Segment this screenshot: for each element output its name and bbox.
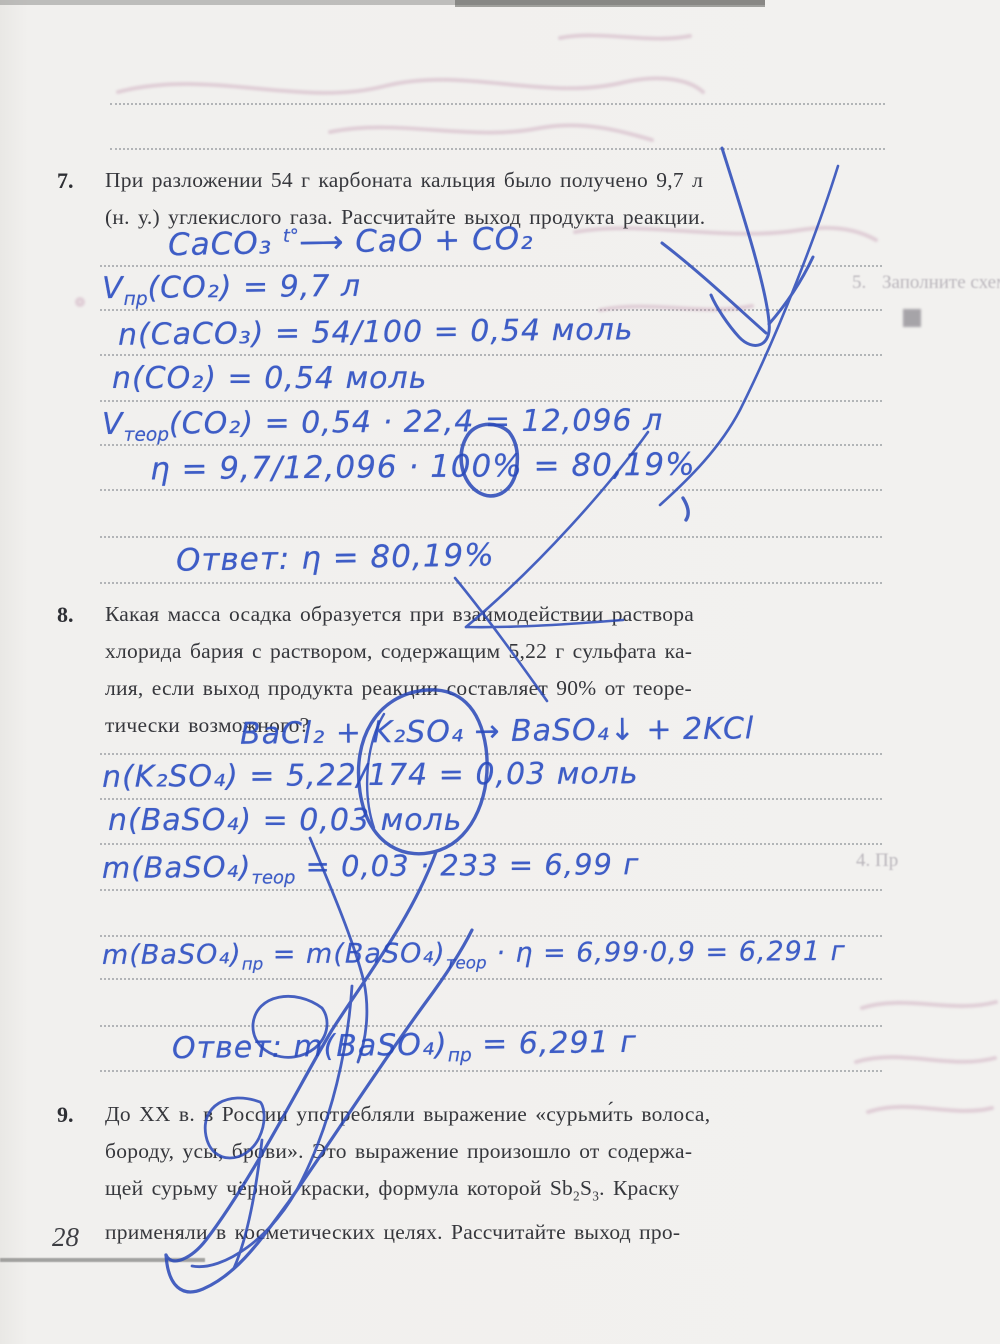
ruled-line — [100, 489, 882, 491]
problem-9-line: бороду, усы, брови». Это выражение произ… — [105, 1133, 891, 1170]
hw-line: n(BaSO₄) = 0,03 моль — [108, 803, 462, 838]
ruled-line — [100, 798, 882, 800]
workbook-page: 5. Заполните схему 6 4. Пр 7. При разлож… — [0, 0, 1000, 1344]
problem-9-line: щей сурьму чёрной краски, формула которо… — [105, 1170, 891, 1214]
ruled-line — [100, 753, 882, 755]
problem-8-line: Какая масса осадка образуется при взаимо… — [105, 596, 887, 633]
ruled-line — [100, 582, 882, 584]
ruled-line — [100, 889, 882, 891]
hw-line: m(BaSO₄)теор = 0,03 · 233 = 6,99 г — [102, 847, 640, 890]
footer-rule — [0, 1258, 205, 1262]
ruled-line — [110, 148, 885, 150]
hw-equation-8: BaCl₂ + K₂SO₄ → BaSO₄↓ + 2KCl — [240, 711, 755, 751]
ruled-line — [100, 400, 882, 402]
problem-8-number: 8. — [57, 596, 74, 633]
hw-line: η = 9,7/12,096 · 100% = 80,19% — [150, 447, 696, 488]
hw-answer-7: Ответ: η = 80,19% — [176, 537, 495, 579]
ruled-line — [100, 978, 882, 980]
problem-8-line: лия, если выход продукта реакции составл… — [105, 670, 887, 707]
ruled-line — [100, 265, 882, 267]
ruled-line — [110, 103, 885, 105]
bleed-fragment-problem4: 4. Пр — [856, 850, 898, 872]
ruled-line — [100, 843, 882, 845]
page-number: 28 — [52, 1222, 79, 1252]
problem-9-line: применяли в косметических целях. Рассчит… — [105, 1214, 891, 1251]
hw-equation-7: CaCO₃ t°⟶ CaO + CO₂ — [168, 221, 534, 263]
ruled-line — [100, 1070, 882, 1072]
hw-line: n(K₂SO₄) = 5,22/174 = 0,03 моль — [102, 756, 639, 795]
problem-7-number: 7. — [57, 162, 74, 199]
problem-8-line: хлорида бария с раствором, содержащим 5,… — [105, 633, 887, 670]
ruled-line — [100, 354, 882, 356]
problem-9-line: До XX в. в России употребляли выражение … — [105, 1096, 891, 1133]
ruled-line — [100, 309, 882, 311]
hw-answer-8: Ответ: m(BaSO₄)пр = 6,291 г — [172, 1025, 637, 1070]
bleed-fragment-number: 5. — [852, 272, 866, 294]
hw-line: n(CaCO₃) = 54/100 = 0,54 моль — [118, 312, 634, 352]
hw-line: Vпр(CO₂) = 9,7 л — [102, 269, 361, 310]
hw-line: Vтеор(CO₂) = 0,54 · 22,4 = 12,096 л — [102, 403, 664, 446]
problem-9-text: До XX в. в России употребляли выражение … — [105, 1096, 891, 1251]
bleed-square-icon — [903, 309, 921, 327]
hw-line: m(BaSO₄)пр = m(BaSO₄)теор · η = 6,99·0,9… — [102, 936, 846, 974]
bleed-fragment-schema: Заполните схему 6 — [882, 272, 1000, 294]
scan-artifact-bar-dark — [455, 0, 765, 7]
problem-7-line: При разложении 54 г карбоната кальция бы… — [105, 162, 887, 199]
hw-line: n(CO₂) = 0,54 моль — [112, 361, 427, 396]
problem-9-number: 9. — [57, 1096, 74, 1133]
